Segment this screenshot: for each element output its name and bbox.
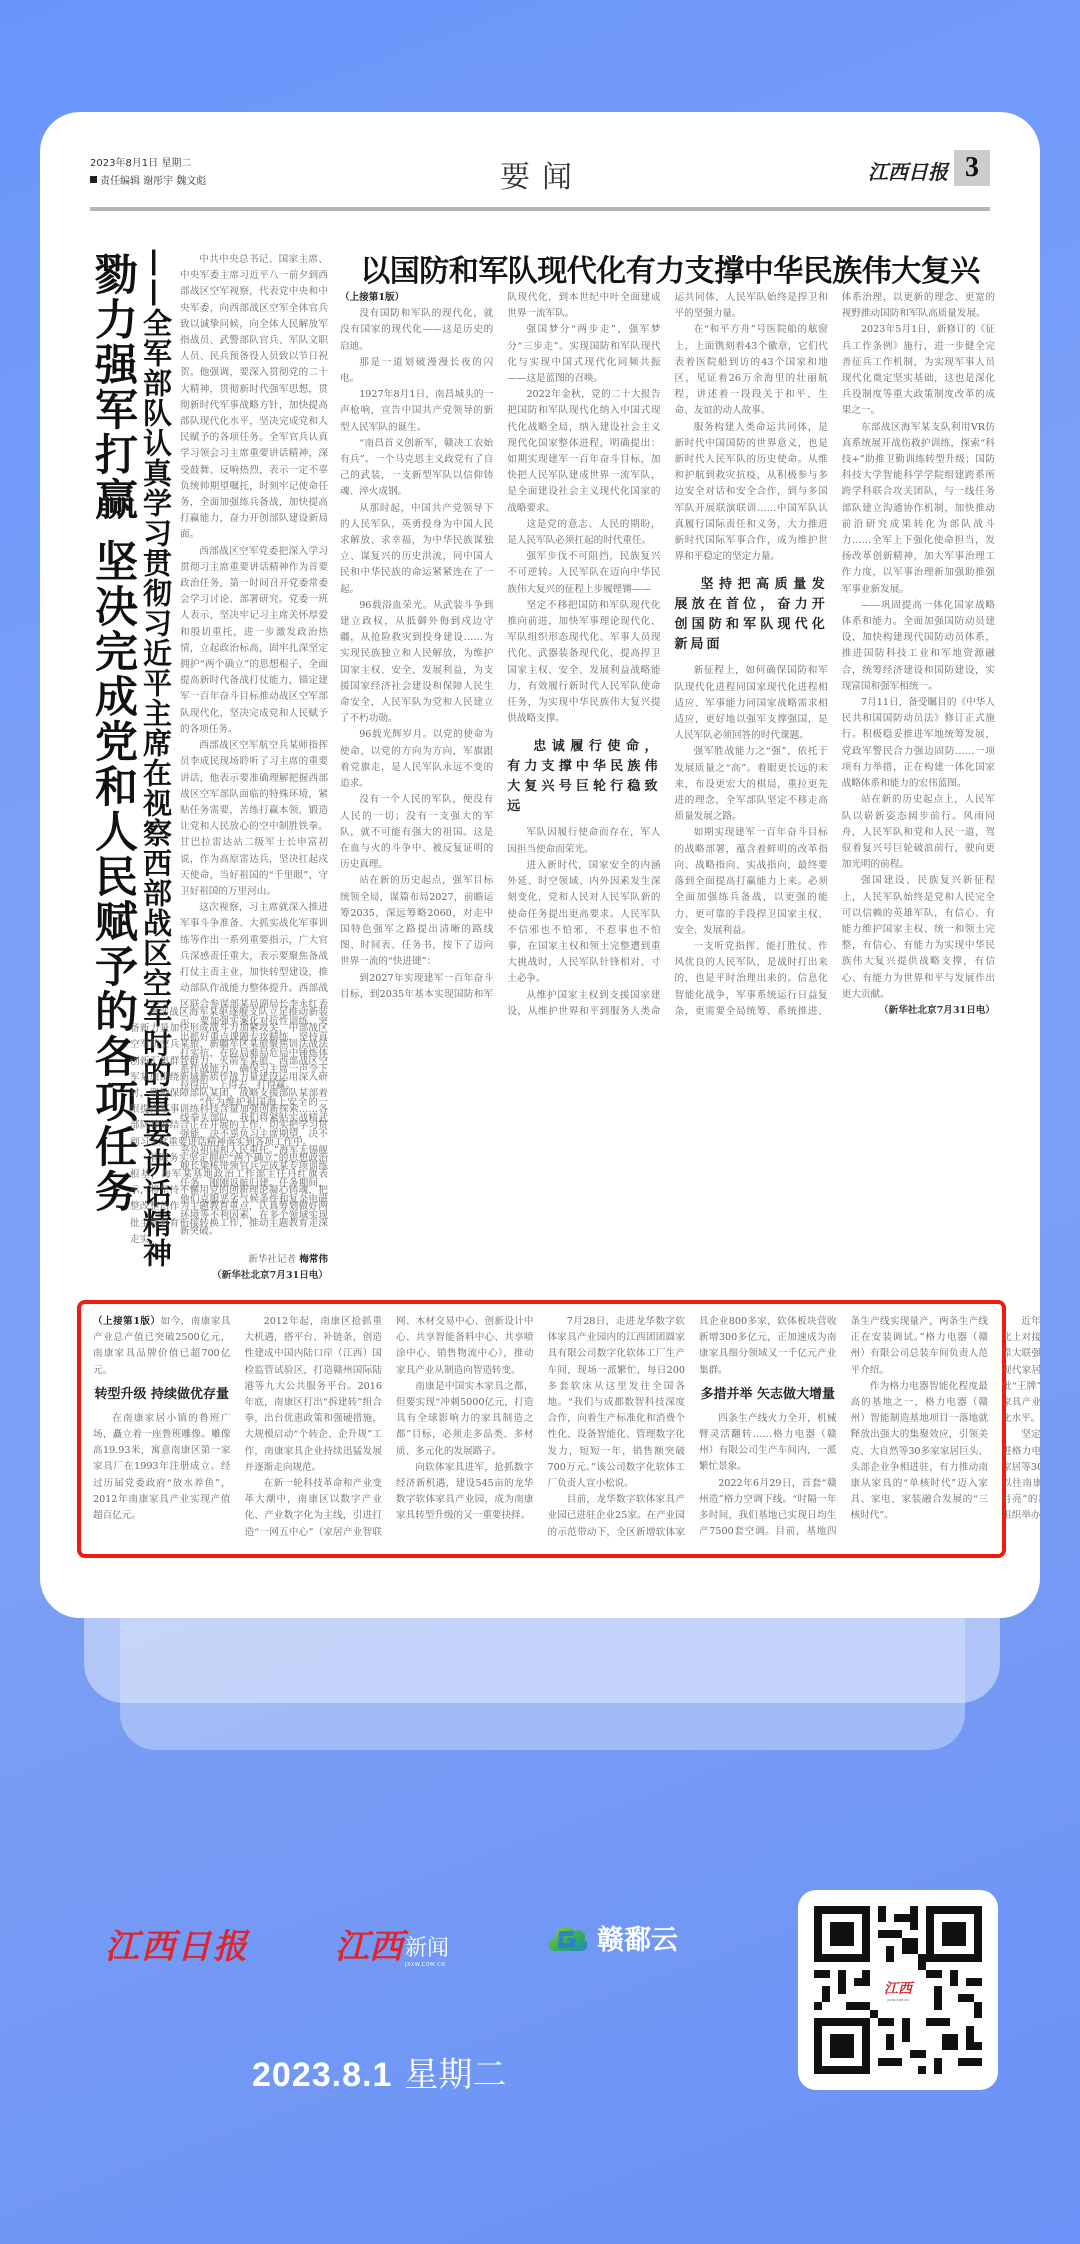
section-subhead: 多措并举 矢志做大增量	[699, 1385, 837, 1405]
paragraph: 站在新的历史起点，强军目标统领全局，谋篇布局2027，前瞻运筹2035，深远筹略…	[340, 873, 493, 970]
continued-from-label: （上接第1版）	[340, 290, 493, 306]
editor-line: 责任编辑 谢彤宇 魏文彪	[90, 172, 206, 187]
highlighted-article-box[interactable]: （上接第1版）如今，南康家具产业总产值已突破2500亿元，南康家具品牌价值已超7…	[77, 1300, 1006, 1558]
paragraph: 如期实现建军一百年奋斗目标的战略部署，蕴含着鲜明的改革指向、战略指向、实战指向，…	[675, 825, 828, 938]
jiangxi-news-logo[interactable]: 江西 新闻 JXXW.COM.CN	[335, 1919, 449, 1968]
ganpoyun-logo[interactable]: 赣鄱云	[545, 1917, 678, 1957]
date-weekday: 星期二	[404, 2047, 506, 2096]
paragraph: 强国梦分“两步走”，强军梦分“三步走”。实现国防和军队现代化与实现中国式现代化同…	[507, 322, 660, 387]
cloud-g-icon	[545, 1917, 589, 1957]
masthead-divider	[90, 207, 990, 211]
paragraph: 强国建设、民族复兴新征程上，人民军队始终是党和人民完全可以信赖的英雄军队，有信心…	[842, 873, 995, 1003]
page-masthead: 2023年8月1日 星期二 责任编辑 谢彤宇 魏文彪 要闻 江西日报 3	[90, 142, 990, 192]
paragraph: “南昌首义创新军，赣决工农始有兵”。一个马克思主义政党有了自己的武装，一支新型军…	[340, 436, 493, 501]
byline-name: 梅常伟	[299, 1254, 328, 1265]
paragraph: 没有国防和军队的现代化，就没有国家的现代化——这是历史的启迪。	[340, 306, 493, 355]
newspaper-page-card[interactable]: 2023年8月1日 星期二 责任编辑 谢彤宇 魏文彪 要闻 江西日报 3 勠力强…	[40, 112, 1040, 1618]
paragraph: 西部战区空军航空兵某师指挥员李成民现场聆听了习主席的重要讲话，他表示要准确理解把…	[180, 738, 328, 900]
paragraph: ——巩固提高一体化国家战略体系和能力。全面加强国防动员建设，加快构建现代国防动员…	[842, 598, 995, 695]
byline-prefix: 新华社记者	[248, 1254, 296, 1265]
section-subhead: 忠诚履行使命，有力支撑中华民族伟大复兴号巨轮行稳致远	[507, 737, 660, 817]
paragraph: 近年来，南康区南下融湾、北上对接，创新实施招大引强、靠大联强、扶优扶强，加速做大…	[1002, 1314, 1040, 1427]
paragraph: 在南康家居小镇的鲁班广场，矗立着一座鲁班雕像。雕像高19.93米，寓意南康区第一…	[93, 1411, 231, 1524]
byline: 新华社记者 梅常伟	[130, 1252, 328, 1268]
paragraph: 在“和平方舟”号医院船的舷窗上，上面镌刻着43个徽章，它们代表着医院船到访的43…	[675, 322, 828, 419]
paragraph: 南部战区海军某驱逐舰支队立足推动新装备新力量加快形成战斗力加紧攻关，中部战区空军…	[130, 1005, 328, 1151]
paragraph: 2023年5月1日，新修订的《征兵工作条例》施行，进一步健全完善征兵工作机制，为…	[842, 322, 995, 419]
paragraph: 7月11日，备受瞩目的《中华人民共和国国防动员法》修订正式施行。积极稳妥推进军地…	[842, 695, 995, 792]
paragraph: 这是党的意志、人民的期盼，是人民军队必须扛起的时代重任。	[507, 517, 660, 549]
paragraph: 站在新的历史起点上，人民军队以崭新姿态阔步前行。风雨同舟，人民军队和党和人民一道…	[842, 792, 995, 873]
paragraph: 中共中央总书记、国家主席、中央军委主席习近平八一前夕到西部战区空军视察，代表党中…	[180, 252, 328, 544]
bullet-square-icon	[90, 176, 97, 183]
editor-names: 责任编辑 谢彤宇 魏文彪	[100, 172, 206, 187]
qr-code[interactable]: 江西 JXXW.COM.CN	[798, 1890, 998, 2090]
jiangxi-news-url: JXXW.COM.CN	[405, 1962, 449, 1968]
issue-date: 2023年8月1日 星期二	[90, 154, 191, 169]
paragraph: 新征程上，如何确保国防和军队现代化进程同国家现代化进程相适应、军事能力同国家战略…	[675, 663, 828, 744]
paragraph: 东部战区海军某支队利用VR仿真系统展开战伤救护训练，探索“科技+”助推卫勤训练转…	[842, 420, 995, 598]
left-article-body-bottom: 南部战区海军某驱逐舰支队立足推动新装备新力量加快形成战斗力加紧攻关，中部战区空军…	[130, 1005, 328, 1284]
page-number: 3	[954, 150, 990, 186]
paragraph: 军队因履行使命而存在，军人因担当使命而荣光。	[507, 825, 660, 857]
paragraph: 96载浴血荣光。从武装斗争到建立政权，从抵御外侮到戍边守疆，从抢险救灾到投身建设…	[340, 598, 493, 728]
paragraph: 四条生产线火力全开，机械臂灵活翻转……格力电器（赣州）有限公司生产车间内，一派繁…	[699, 1411, 837, 1476]
qr-center-text: 江西	[884, 1978, 912, 1998]
paragraph: 没有一个人民的军队，便没有人民的一切；没有一支强大的军队，就不可能有强大的祖国。…	[340, 792, 493, 873]
continued-from-label: （上接第1版）	[93, 1316, 161, 1327]
jiangxi-news-logo-text: 新闻 JXXW.COM.CN	[405, 1931, 449, 1968]
paragraph: 着眼务实坚定拥护“两个确立”的思想政治根基，海军某基地政治工作部主任丹红旗表示，…	[130, 1151, 328, 1248]
paragraph: 2012年起，南康区抢抓重大机遇，搭平台、补链条，创造性建成中国内陆口岸（江西）…	[245, 1314, 383, 1476]
dateline: （新华社北京7月31日电）	[130, 1268, 328, 1284]
paragraph: 作为格力电器智能化程度最高的基地之一，格力电器（赣州）智能制造基地项目一落地就释…	[851, 1379, 989, 1525]
paragraph: 96载光辉岁月。以党的使命为使命，以党的方向为方向，军旗跟着党旗走，是人民军队永…	[340, 727, 493, 792]
paragraph: 服务构建人类命运共同体，是新时代中国国防的世界意义，也是新时代人民军队的历史使命…	[675, 420, 828, 566]
section-subhead: 坚持把高质量发展放在首位，奋力开创国防和军队现代化新局面	[675, 575, 828, 655]
qr-center-logo: 江西 JXXW.COM.CN	[878, 1970, 918, 2010]
publication-date: 2023.8.1 星期二	[252, 2047, 506, 2096]
jiangxi-news-logo-white: 新闻	[405, 1931, 449, 1962]
paragraph: 南康是中国实木家具之都，但要实现“冲刺5000亿元，打造具有全球影响力的家具制造…	[396, 1379, 534, 1460]
paragraph: （上接第1版）如今，南康家具产业总产值已突破2500亿元，南康家具品牌价值已超7…	[93, 1314, 231, 1379]
paragraph: 坚定不移把国防和军队现代化推向前进，加快军事理论现代化、军队组织形态现代化、军事…	[507, 598, 660, 728]
ganpoyun-text: 赣鄱云	[597, 1918, 678, 1957]
paragraph: 7月28日，走进龙华数字软体家具产业园内的江西团团圆家具有限公司数字化软体工厂生…	[548, 1314, 686, 1492]
paragraph: 那是一道划破漫漫长夜的闪电。	[340, 355, 493, 387]
paragraph: 强军胜战能力之“强”，依托于发展质量之“高”。着眼更长远的未来，布设更宏大的棋局…	[675, 744, 828, 825]
qr-center-url: JXXW.COM.CN	[888, 1998, 909, 2002]
section-title: 要闻	[500, 152, 584, 196]
jiangxi-daily-logo[interactable]: 江西日报	[105, 1919, 249, 1968]
paragraph: 2022年金秋，党的二十大报告把国防和军队现代化纳入中国式现代化战略全局，纳入建…	[507, 387, 660, 517]
paragraph: 从那时起，中国共产党领导下的人民军队，英勇投身为中国人民求解放、求幸福，为中华民…	[340, 501, 493, 598]
jiangxi-news-logo-red: 江西	[335, 1919, 403, 1968]
main-article-title[interactable]: 以国防和军队现代化有力支撑中华民族伟大复兴	[340, 246, 1000, 290]
section-subhead: 转型升级 持续做优存量	[93, 1385, 231, 1405]
dateline: （新华社北京7月31日电）	[842, 1003, 995, 1019]
paragraph: 1927年8月1日，南昌城头的一声枪响，宣告中国共产党领导的新型人民军队的诞生。	[340, 387, 493, 436]
paragraph: 向软体家具进军，抢抓数字经济新机遇，建设545亩的龙华数字软体家具产业园，成为南…	[396, 1460, 534, 1525]
date-number: 2023.8.1	[252, 2056, 392, 2095]
paragraph: 进入新时代，国家安全的内涵外延、时空领域、内外因素发生深刻变化，党和人民对人民军…	[507, 858, 660, 988]
highlighted-article-body: （上接第1版）如今，南康家具产业总产值已突破2500亿元，南康家具品牌价值已超7…	[93, 1314, 988, 1546]
paragraph: 西部战区空军党委把深入学习贯彻习主席重要讲话精神作为首要政治任务，第一时间召开党…	[180, 544, 328, 738]
main-article-body: （上接第1版） 没有国防和军队的现代化，就没有国家的现代化——这是历史的启迪。 …	[340, 290, 995, 1290]
newspaper-logo: 江西日报	[868, 156, 948, 185]
paragraph: 强军步伐不可阻挡，民族复兴不可逆转。人民军队在迈向中华民族伟大复兴的征程上步履铿…	[507, 549, 660, 598]
